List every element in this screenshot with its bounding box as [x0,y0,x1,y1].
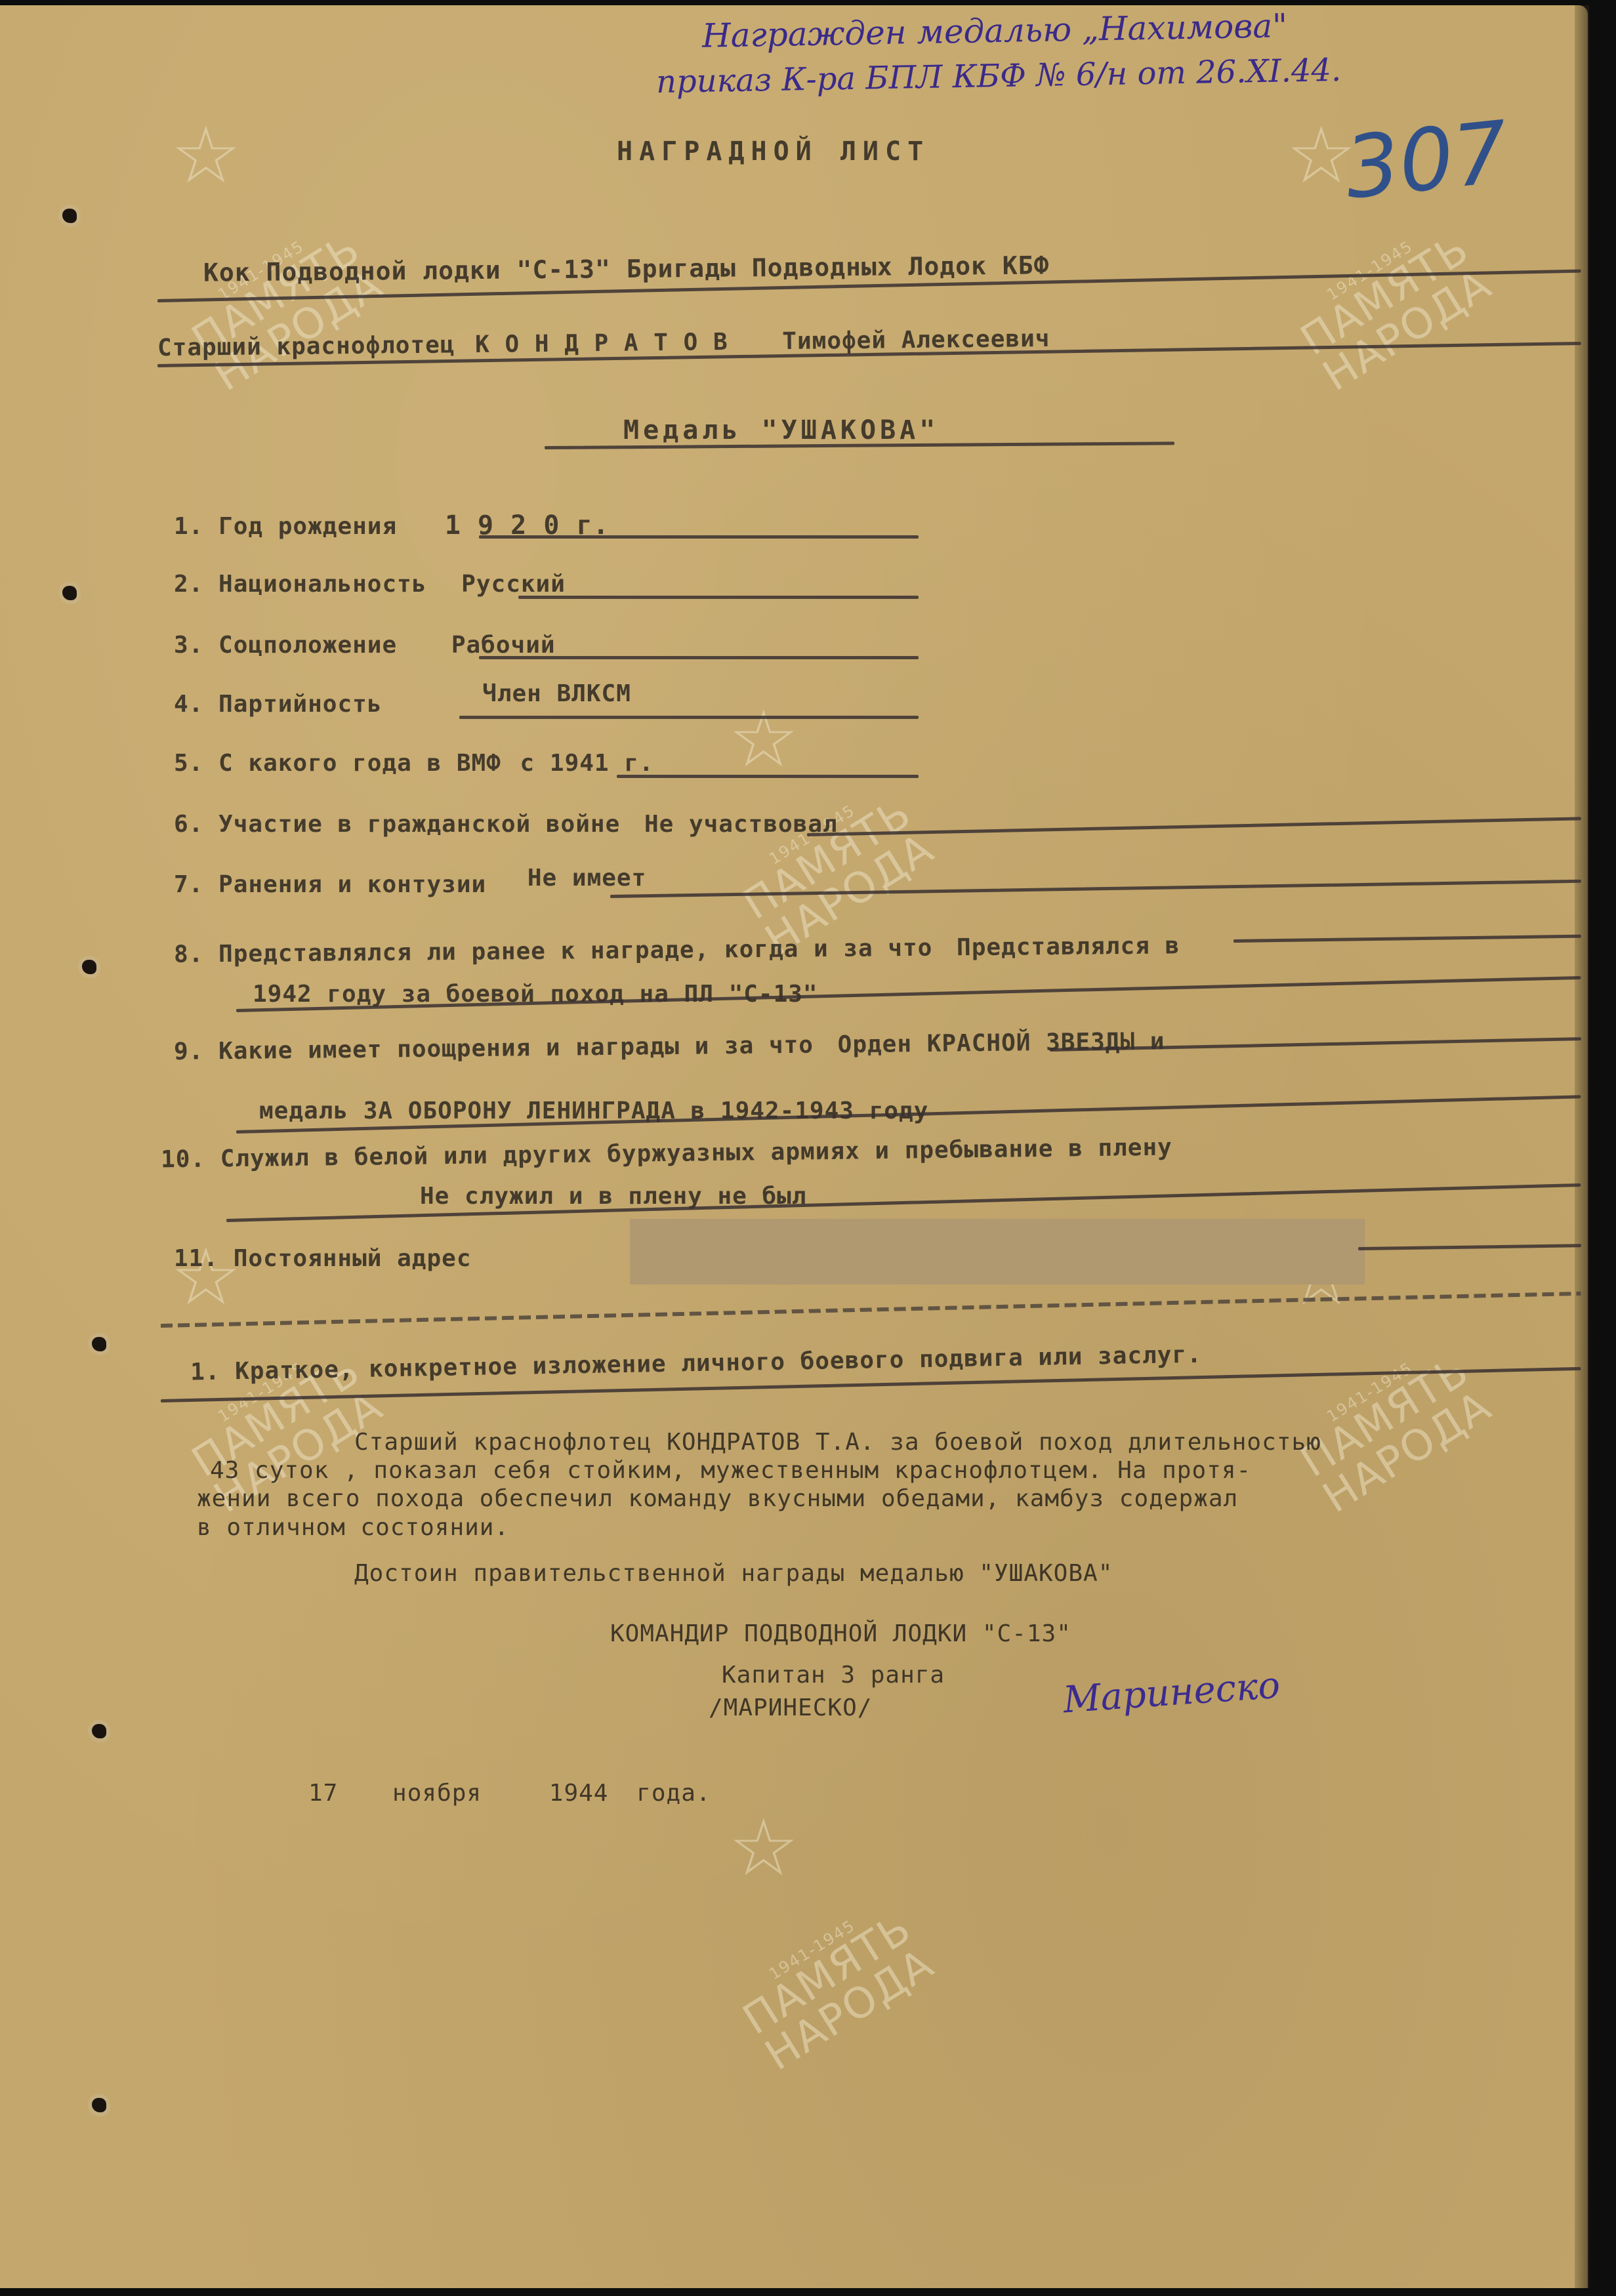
document-title: НАГРАДНОЙ ЛИСТ [617,136,930,167]
star-icon: ☆ [171,117,241,195]
watermark: 1941-1945 ПАМЯТЬ НАРОДА [728,1893,941,2078]
rank: Старший краснофлотец [157,331,455,361]
field-underline [479,656,919,659]
field-nationality: 2. Национальность Русский [174,571,566,598]
date-month: ноября [392,1780,482,1807]
award-sheet-page: ☆ 1941-1945 ПАМЯТЬ НАРОДА ☆ 1941-1945 ПА… [0,5,1588,2288]
surname: К О Н Д Р А Т О В [475,329,728,358]
field-underline [617,775,919,778]
watermark: 1941-1945 ПАМЯТЬ НАРОДА [1286,214,1499,398]
redacted-address [630,1219,1365,1284]
field-awards: 9. Какие имеет поощрения и награды и за … [174,1028,1165,1065]
award-recommended: Медаль "УШАКОВА" [623,415,939,445]
field-civil-war: 6. Участие в гражданской войне Не участв… [174,811,838,838]
field-social-status: 3. Соцположение Рабочий [174,632,556,659]
punch-hole [92,1724,106,1738]
field-underline [807,817,1581,836]
page-edge-shadow [1575,5,1589,2288]
punch-hole [92,2098,106,2112]
section-divider [161,1292,1581,1328]
date-suffix: года. [636,1780,711,1807]
punch-hole [92,1337,106,1351]
field-white-army: 10. Служил в белой или других буржуазных… [161,1134,1172,1174]
commander-title: КОМАНДИР ПОДВОДНОЙ ЛОДКИ "С-13" [610,1620,1071,1647]
award-annotation-line1: Награжден медалью „Нахимова" [702,7,1288,55]
punch-hole [62,586,77,600]
field-underline [459,716,919,719]
field-address: 11. Постоянный адрес [174,1245,472,1272]
punch-hole [82,960,96,974]
commander-name: /МАРИНЕСКО/ [709,1694,872,1721]
field-underline [1358,1244,1581,1250]
date-year: 1944 [549,1780,609,1807]
field-navy-since: 5. С какого года в ВМФ с 1941 г. [174,750,654,777]
handwritten-signature: Маринеско [1062,1664,1281,1722]
summary-line: в отличном состоянии. [197,1514,509,1541]
field-previous-nomination: 8. Представлялся ли ранее к награде, ког… [174,932,1180,968]
page-number: 307 [1340,102,1513,218]
star-icon: ☆ [728,1809,799,1888]
field-underline [479,535,919,539]
commander-rank: Капитан 3 ранга [722,1662,945,1689]
summary-conclusion: Достоин правительственной награды медаль… [354,1560,1113,1587]
document-date: 17 ноября 1944 года. [308,1780,711,1807]
punch-hole [62,209,77,223]
watermark: 1941-1945 ПАМЯТЬ НАРОДА [177,214,390,398]
field-party: 4. Партийность Член ВЛКСМ [174,691,631,718]
watermark: 1941-1945 ПАМЯТЬ НАРОДА [1286,1336,1499,1520]
field-underline [1233,935,1581,943]
field-underline [518,596,919,599]
summary-line: 43 суток , показал себя стойким, мужеств… [210,1457,1251,1484]
star-icon: ☆ [728,701,799,779]
field-wounds: 7. Ранения и контузии Не имеет [174,871,646,898]
award-annotation-line2: приказ К-ра БПЛ КБФ № 6/н от 26.XI.44. [656,52,1342,100]
date-day: 17 [308,1780,338,1807]
summary-line: жении всего похода обеспечил команду вку… [197,1485,1238,1512]
summary-line: Старший краснофлотец КОНДРАТОВ Т.А. за б… [354,1429,1321,1456]
